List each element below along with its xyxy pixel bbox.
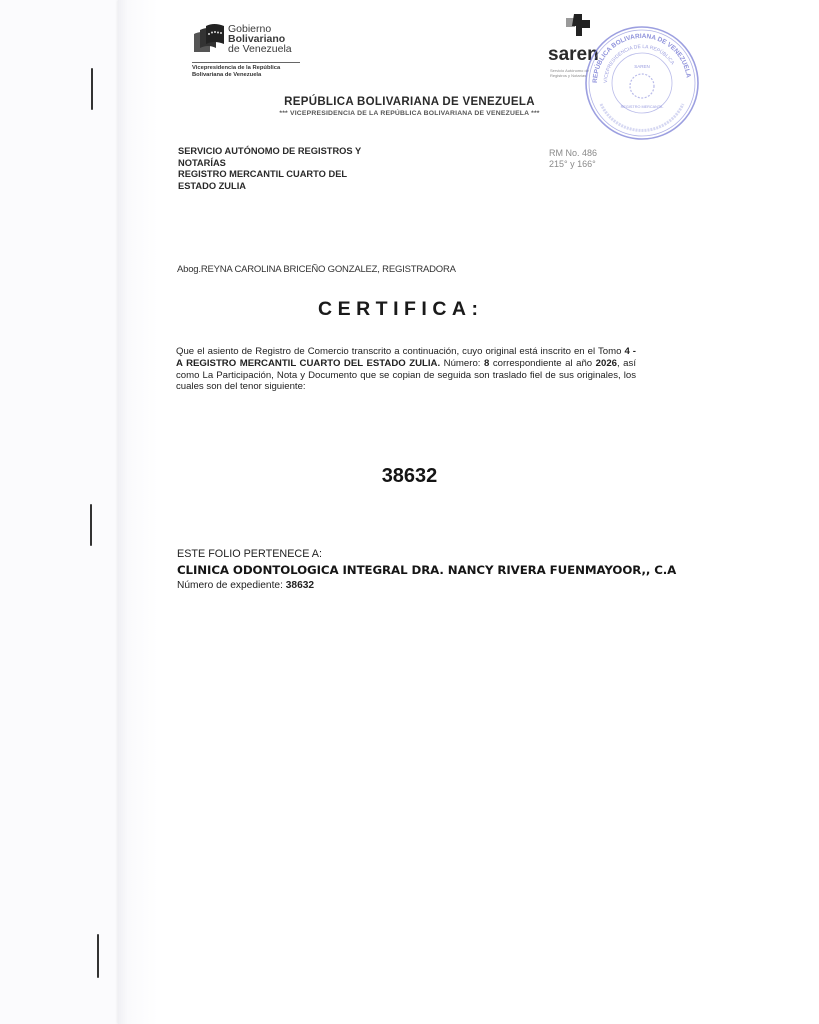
certifica-heading: CERTIFICA: bbox=[318, 298, 484, 321]
logo-divider bbox=[192, 62, 300, 63]
staple-middle bbox=[90, 504, 92, 546]
gov-line3: de Venezuela bbox=[228, 44, 292, 54]
office-name: SERVICIO AUTÓNOMO DE REGISTROS Y NOTARÍA… bbox=[178, 146, 361, 192]
text-segment: Que el asiento de Registro de Comercio t… bbox=[176, 346, 624, 357]
document-title: REPÚBLICA BOLIVARIANA DE VENEZUELA bbox=[0, 96, 819, 108]
rm-number: RM No. 486 bbox=[549, 148, 597, 159]
certification-paragraph: Que el asiento de Registro de Comercio t… bbox=[176, 346, 636, 393]
flag-emblem-icon bbox=[192, 22, 226, 54]
year-value: 2026 bbox=[596, 358, 617, 369]
text-segment: correspondiente al año bbox=[489, 358, 595, 369]
registry-reference: RM No. 486 215° y 166° bbox=[549, 148, 597, 170]
office-line: SERVICIO AUTÓNOMO DE REGISTROS Y bbox=[178, 146, 361, 158]
record-number: 38632 bbox=[0, 465, 819, 488]
government-subtitle: Vicepresidencia de la República Bolivari… bbox=[192, 65, 280, 79]
document-subtitle: *** VICEPRESIDENCIA DE LA REPÚBLICA BOLI… bbox=[0, 110, 819, 117]
folio-label: ESTE FOLIO PERTENECE A: bbox=[177, 548, 322, 560]
gov-sub2: Bolivariana de Venezuela bbox=[192, 72, 280, 79]
underlying-page bbox=[0, 0, 118, 1024]
office-line: NOTARÍAS bbox=[178, 158, 361, 170]
rm-date-years: 215° y 166° bbox=[549, 159, 597, 170]
official-seal-stamp: REPÚBLICA BOLIVARIANA DE VENEZUELA VICEP… bbox=[583, 24, 701, 142]
registrar-name: Abog.REYNA CAROLINA BRICEÑO GONZALEZ, RE… bbox=[177, 264, 456, 275]
office-line: ESTADO ZULIA bbox=[178, 181, 361, 193]
text-segment: Número: bbox=[440, 358, 484, 369]
office-line: REGISTRO MERCANTIL CUARTO DEL bbox=[178, 169, 361, 181]
staple-bottom bbox=[97, 934, 99, 978]
government-logo: Gobierno Bolivariano de Venezuela Vicepr… bbox=[192, 18, 312, 84]
company-name: CLINICA ODONTOLOGICA INTEGRAL DRA. NANCY… bbox=[177, 563, 676, 577]
svg-text:SAREN: SAREN bbox=[634, 64, 650, 69]
expediente-number: Número de expediente: 38632 bbox=[177, 580, 314, 591]
gov-sub1: Vicepresidencia de la República bbox=[192, 65, 280, 72]
government-name: Gobierno Bolivariano de Venezuela bbox=[228, 24, 292, 54]
expediente-value: 38632 bbox=[286, 580, 314, 591]
expediente-label: Número de expediente: bbox=[177, 580, 286, 591]
